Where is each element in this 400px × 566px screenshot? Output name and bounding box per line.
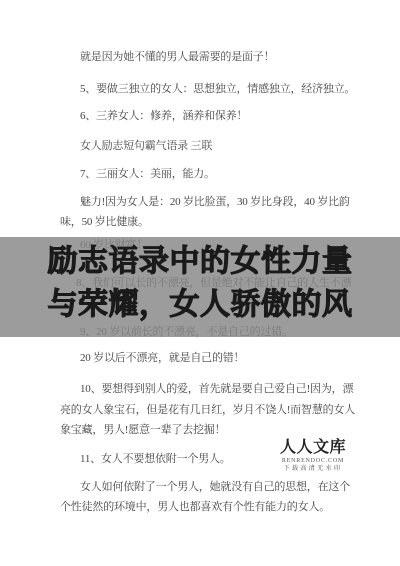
doc-line-faint: 9、20 岁以前长的不漂亮，不是自己的过错。 [80, 326, 293, 339]
doc-line: 20 岁以后不漂亮，就是自己的错！ [80, 352, 244, 365]
watermark-brand: 人人文库 [278, 440, 348, 456]
document-page: 就是因为她不懂的男人最需要的是面子！ 5、要做三独立的女人：思想独立，情感独立，… [0, 0, 400, 566]
watermark-slogan: 下载高清无水印 [278, 466, 348, 472]
doc-line: 亮的女人象宝石，但是花有几日红，岁月不饶人!而智慧的女人 [60, 404, 355, 417]
doc-line: 个性徒然的环境中，男人也都喜欢有个性有能力的女人。 [60, 501, 330, 514]
doc-line: 7、三丽女人：美丽，能力。 [80, 168, 215, 181]
doc-line: 味，50 岁比健康。 [60, 216, 149, 229]
doc-line: 10、要想得到别人的爱，首先就是要自己爱自己!因为，漂 [80, 383, 353, 396]
doc-line: 女人如何依附了一个男人，她就没有自己的思想，在这个 [80, 481, 350, 494]
doc-line: 就是因为她不懂的男人最需要的是面子！ [80, 51, 274, 64]
watermark-domain: RENRENDOC.COM [278, 458, 348, 464]
doc-line: 魅力!因为女人是：20 岁比脸蛋，30 岁比身段，40 岁比韵 [80, 196, 350, 209]
doc-line: 11、女人不要想依附一个男人。 [80, 453, 231, 466]
title-banner-overlay: 60 岁比财富！ 8、我们可以长的不漂亮，但是绝对不能让自己的人生不漂 9、20… [0, 237, 400, 337]
banner-title-line-1: 励志语录中的女性力量 [0, 247, 400, 277]
renrendoc-watermark: 人人文库 RENRENDOC.COM 下载高清无水印 [278, 440, 348, 472]
doc-line: 5、要做三独立的女人：思想独立，情感独立，经济独立。 [80, 83, 355, 96]
doc-line: 象宝藏，男人!愿意一辈了去挖掘！ [60, 424, 225, 437]
banner-title-line-2: 与荣耀，女人骄傲的风 [0, 290, 400, 320]
doc-line: 女人励志短句霸气语录 三联 [80, 140, 212, 153]
doc-line: 6、三养女人：修养，涵养和保养！ [80, 110, 247, 123]
